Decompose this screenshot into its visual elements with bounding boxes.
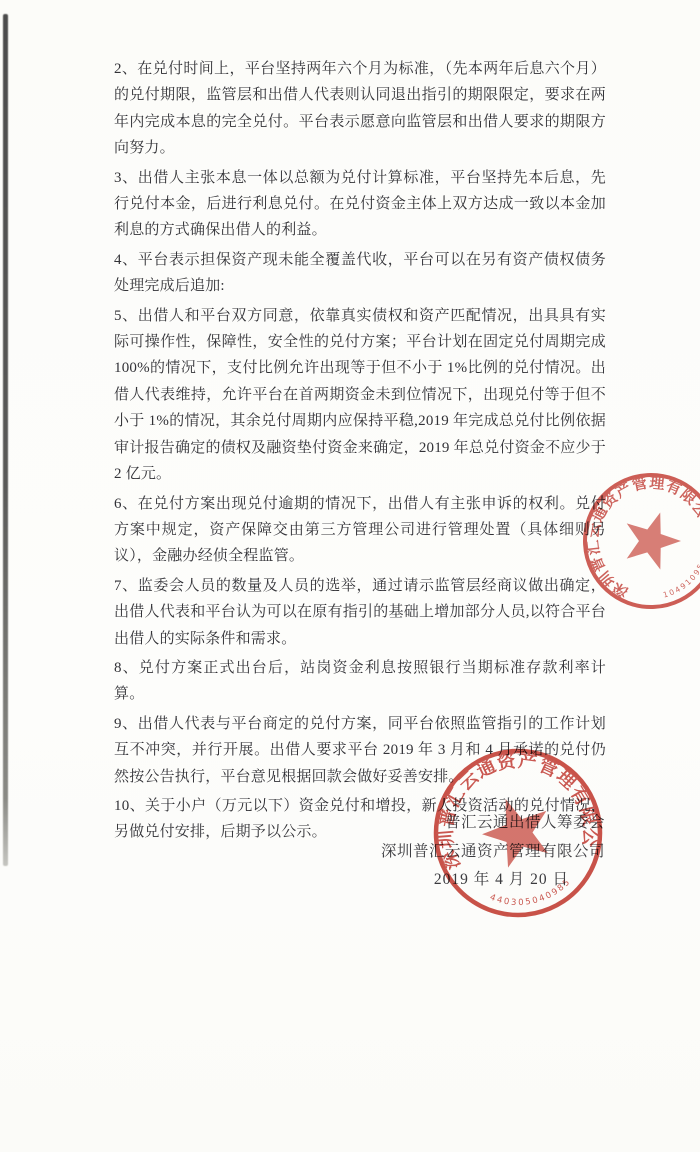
paragraph-9: 9、出借人代表与平台商定的兑付方案，同平台依照监管指引的工作计划互不冲突，并行开… xyxy=(114,711,606,790)
paragraph-2: 2、在兑付时间上，平台坚持两年六个月为标准，（先本两年后息六个月）的兑付期限，监… xyxy=(114,56,606,162)
signature-date: 2019 年 4 月 20 日 xyxy=(381,866,569,895)
scanner-edge-artifact xyxy=(3,14,8,866)
seal-serial-number: 10491095 xyxy=(659,555,700,607)
paragraph-4: 4、平台表示担保资产现未能全覆盖代收，平台可以在另有资产债权债务处理完成后追加: xyxy=(114,247,606,300)
paragraph-7: 7、监委会人员的数量及人员的选举，通过请示监管层经商议做出确定，出借人代表和平台… xyxy=(114,573,606,652)
signature-block: 普汇云通出借人筹委会 深圳普汇云通资产管理有限公司 2019 年 4 月 20 … xyxy=(381,809,605,895)
paragraph-5: 5、出借人和平台双方同意，依靠真实债权和资产匹配情况，出具具有实际可操作性，保障… xyxy=(114,303,606,488)
paragraph-6: 6、在兑付方案出现兑付逾期的情况下，出借人有主张申诉的权利。兑付方案中规定，资产… xyxy=(114,491,606,570)
signature-committee-name: 普汇云通出借人筹委会 xyxy=(381,809,605,838)
paragraph-3: 3、出借人主张本息一体以总额为兑付计算标准，平台坚持先本后息，先行兑付本金，后进… xyxy=(114,165,606,244)
document-body: 2、在兑付时间上，平台坚持两年六个月为标准，（先本两年后息六个月）的兑付期限，监… xyxy=(114,56,606,849)
signature-company-name: 深圳普汇云通资产管理有限公司 xyxy=(381,838,605,867)
scanned-document-page: 2、在兑付时间上，平台坚持两年六个月为标准，（先本两年后息六个月）的兑付期限，监… xyxy=(0,0,700,1152)
paragraph-8: 8、兑付方案正式出台后，站岗资金利息按照银行当期标准存款利率计算。 xyxy=(114,655,606,708)
seal-star-icon xyxy=(610,500,687,578)
